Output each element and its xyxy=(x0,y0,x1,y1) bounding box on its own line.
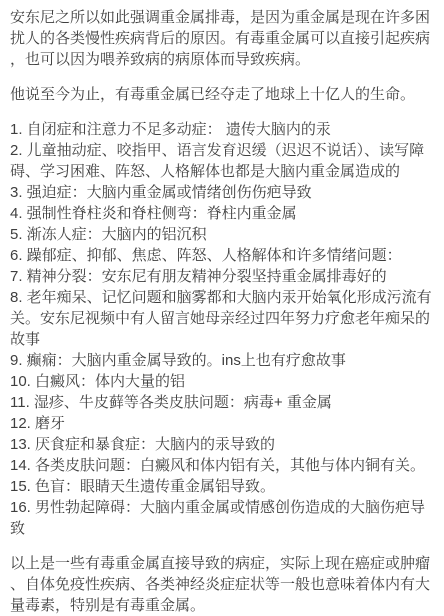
list-item: 13. 厌食症和暴食症：大脑内的汞导致的 xyxy=(10,434,434,455)
list-item: 2. 儿童抽动症、咬指甲、语言发育迟缓（迟迟不说话）、读写障碍、学习困难、阵怒、… xyxy=(10,140,434,182)
list-item: 7. 精神分裂：安东尼有朋友精神分裂坚持重金属排毒好的 xyxy=(10,266,434,287)
list-item: 10. 白癜风：体内大量的铝 xyxy=(10,371,434,392)
list-item: 11. 湿疹、牛皮藓等各类皮肤问题：病毒+ 重金属 xyxy=(10,392,434,413)
list-item: 15. 色盲：眼睛天生遗传重金属铝导致。 xyxy=(10,476,434,497)
symptom-list: 1. 自闭症和注意力不足多动症： 遗传大脑内的汞2. 儿童抽动症、咬指甲、语言发… xyxy=(10,119,434,539)
list-item: 16. 男性勃起障碍：大脑内重金属或情感创伤造成的大脑伤疤导致 xyxy=(10,497,434,539)
list-item: 1. 自闭症和注意力不足多动症： 遗传大脑内的汞 xyxy=(10,119,434,140)
article-body: 安东尼之所以如此强调重金属排毒，是因为重金属是现在许多困扰人的各类慢性疾病背后的… xyxy=(0,0,444,616)
list-item: 6. 躁郁症、抑郁、焦虑、阵怒、人格解体和许多情绪问题： xyxy=(10,245,434,266)
list-item: 12. 磨牙 xyxy=(10,413,434,434)
list-item: 3. 强迫症：大脑内重金属或情绪创伤伤疤导致 xyxy=(10,182,434,203)
intro-paragraph: 安东尼之所以如此强调重金属排毒，是因为重金属是现在许多困扰人的各类慢性疾病背后的… xyxy=(10,7,434,70)
list-item: 9. 癫痫：大脑内重金属导致的。ins上也有疗愈故事 xyxy=(10,350,434,371)
list-item: 4. 强制性脊柱炎和脊柱侧弯：脊柱内重金属 xyxy=(10,203,434,224)
list-item: 8. 老年痴呆、记忆问题和脑雾都和大脑内汞开始氧化形成污流有关。安东尼视频中有人… xyxy=(10,287,434,350)
claim-paragraph: 他说至今为止，有毒重金属已经夺走了地球上十亿人的生命。 xyxy=(10,84,434,105)
outro-paragraph: 以上是一些有毒重金属直接导致的病症，实际上现在癌症或肿瘤、自体免疫性疾病、各类神… xyxy=(10,553,434,616)
list-item: 5. 渐冻人症：大脑内的铝沉积 xyxy=(10,224,434,245)
list-item: 14. 各类皮肤问题：白癜风和体内铝有关，其他与体内铜有关。 xyxy=(10,455,434,476)
